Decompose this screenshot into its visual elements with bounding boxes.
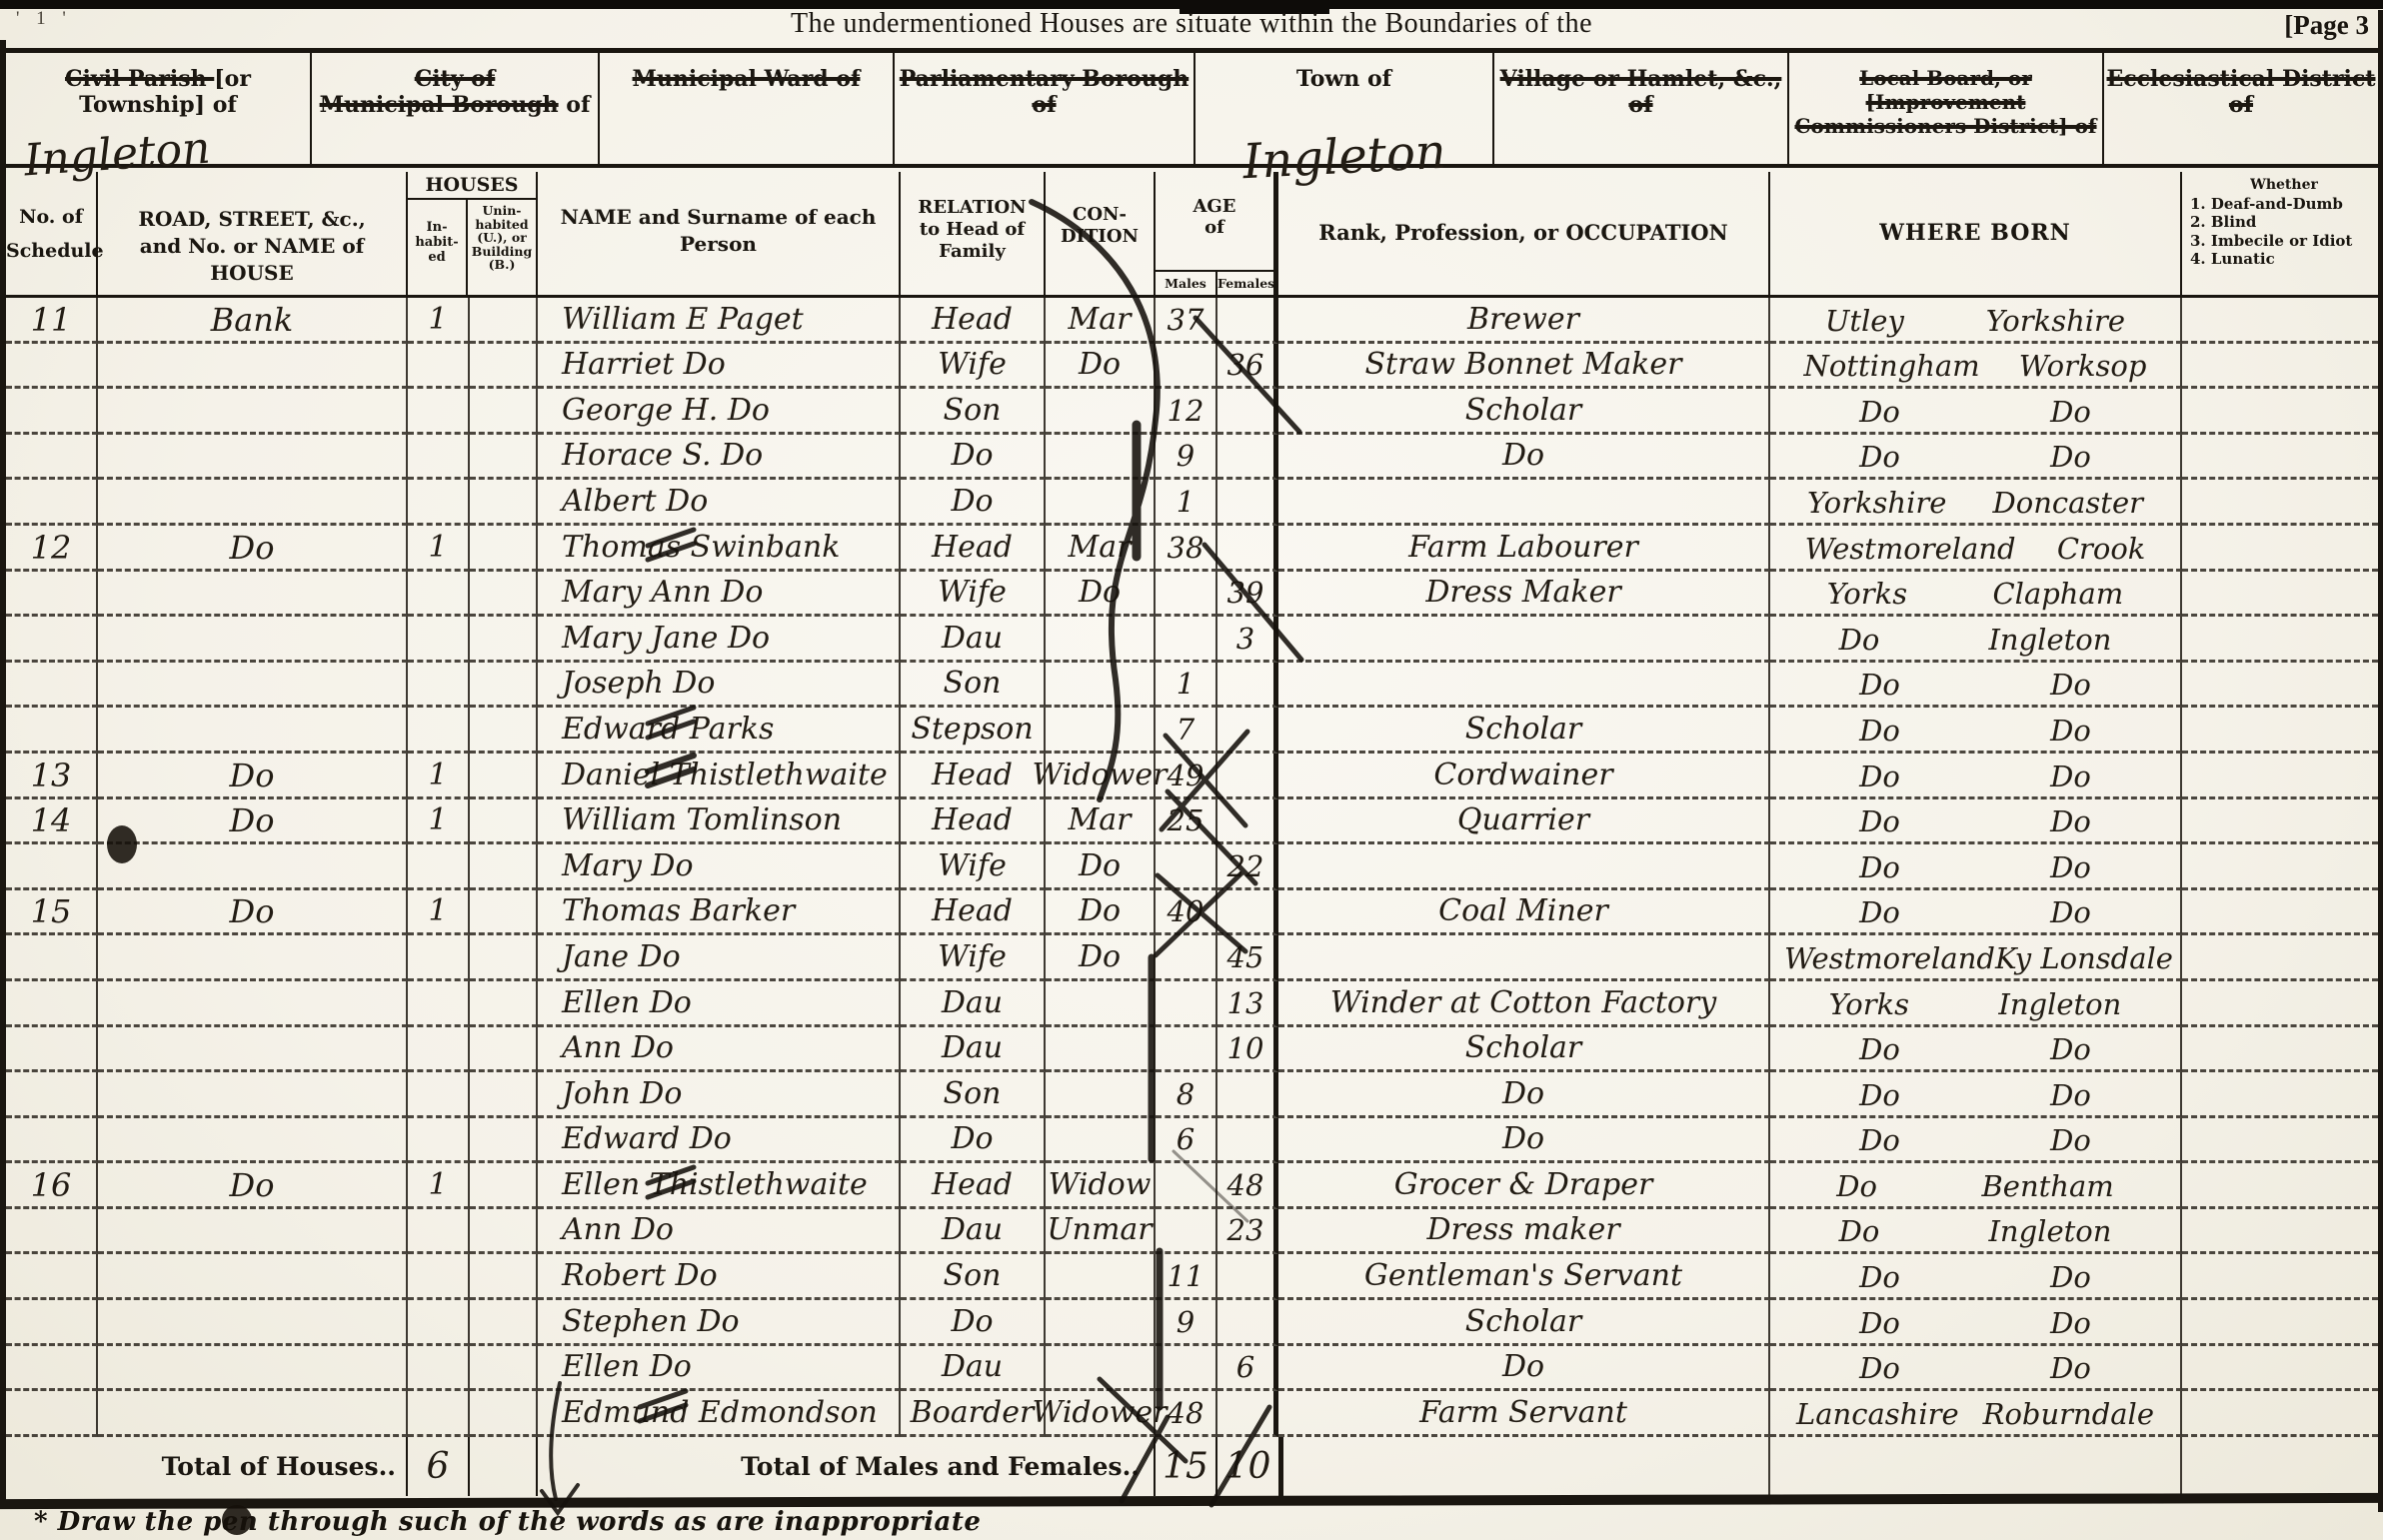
total-houses-value: 6 bbox=[427, 1446, 450, 1487]
cell-name: Mary Jane Do bbox=[538, 617, 901, 663]
cell-relation: Head bbox=[901, 298, 1046, 344]
cell-condition bbox=[1046, 708, 1156, 754]
cell-road bbox=[98, 1209, 408, 1255]
cell-whether bbox=[2182, 1209, 2378, 1255]
born-county: Do bbox=[1859, 1029, 1900, 1069]
table-row: 15Do1Thomas BarkerHeadDo40Coal MinerDoDo bbox=[6, 890, 2378, 936]
cell-age_m: 7 bbox=[1156, 708, 1217, 754]
cell-inhabited bbox=[408, 1072, 470, 1118]
cell-born: DoDo bbox=[1770, 799, 2182, 845]
cell-name: Ann Do bbox=[538, 1027, 901, 1073]
cell-whether bbox=[2182, 526, 2378, 572]
cell-schedule: 11 bbox=[6, 298, 98, 344]
cell-age_f: 45 bbox=[1217, 935, 1278, 981]
right-frame-line bbox=[2378, 10, 2383, 1512]
table-row: Ann DoDau10ScholarDoDo bbox=[6, 1027, 2378, 1073]
total-males-cell: 15 bbox=[1156, 1437, 1217, 1496]
cell-occupation: Farm Servant bbox=[1278, 1391, 1770, 1437]
table-row: Harriet DoWifeDo36Straw Bonnet MakerNott… bbox=[6, 344, 2378, 390]
cell-occupation: Dress maker bbox=[1278, 1209, 1770, 1255]
cell-born: DoDo bbox=[1770, 1072, 2182, 1118]
boundary-cell-5: Town ofIngleton bbox=[1195, 53, 1494, 164]
boundary-cell-7: Local Board, or [ImprovementCommissioner… bbox=[1789, 53, 2104, 164]
table-row: John DoSon8DoDoDo bbox=[6, 1072, 2378, 1118]
page-title: The undermentioned Houses are situate wi… bbox=[0, 8, 2383, 40]
cell-age_f: 13 bbox=[1217, 981, 1278, 1027]
cell-born: DoDo bbox=[1770, 754, 2182, 799]
cell-relation: Stepson bbox=[901, 708, 1046, 754]
cell-inhabited bbox=[408, 1346, 470, 1392]
cell-relation: Head bbox=[901, 526, 1046, 572]
cell-whether bbox=[2182, 1346, 2378, 1392]
cell-name: Joseph Do bbox=[538, 663, 901, 709]
cell-name: William Tomlinson bbox=[538, 799, 901, 845]
cell-age_f bbox=[1217, 480, 1278, 526]
cell-schedule: 16 bbox=[6, 1163, 98, 1209]
cell-age_f bbox=[1217, 526, 1278, 572]
cell-whether bbox=[2182, 344, 2378, 390]
table-row: 12Do1Thomas SwinbankHeadMar38Farm Labour… bbox=[6, 526, 2378, 572]
boundary-cell-4: Parliamentary Borough of bbox=[895, 53, 1195, 164]
cell-condition: Widow bbox=[1046, 1163, 1156, 1209]
cell-condition: Unmar bbox=[1046, 1209, 1156, 1255]
cell-road bbox=[98, 1300, 408, 1346]
born-county: Do bbox=[1859, 1348, 1900, 1388]
total-males-value: 15 bbox=[1163, 1446, 1208, 1487]
cell-age_m bbox=[1156, 1209, 1217, 1255]
cell-born: DoBentham bbox=[1770, 1163, 2182, 1209]
born-county: Do bbox=[1859, 1257, 1900, 1297]
cell-inhabited bbox=[408, 389, 470, 435]
cell-born: WestmorelandCrook bbox=[1770, 526, 2182, 572]
cell-relation: Do bbox=[901, 1118, 1046, 1164]
cell-age_m: 49 bbox=[1156, 754, 1217, 799]
boundary-cell-3: Municipal Ward of bbox=[600, 53, 895, 164]
born-county: Do bbox=[1859, 392, 1900, 432]
cell-relation: Wife bbox=[901, 844, 1046, 890]
cell-name: Harriet Do bbox=[538, 344, 901, 390]
cell-schedule bbox=[6, 1254, 98, 1300]
cell-uninhabited bbox=[470, 480, 538, 526]
table-row: Horace S. DoDo9DoDoDo bbox=[6, 435, 2378, 481]
table-row: Edward DoDo6DoDoDo bbox=[6, 1118, 2378, 1164]
table-row: Mary DoWifeDo22DoDo bbox=[6, 844, 2378, 890]
cell-relation: Son bbox=[901, 663, 1046, 709]
cell-name: Robert Do bbox=[538, 1254, 901, 1300]
born-county: Do bbox=[1839, 1211, 1880, 1251]
cell-age_f: 22 bbox=[1217, 844, 1278, 890]
cell-relation: Do bbox=[901, 480, 1046, 526]
born-county: Yorks bbox=[1829, 984, 1909, 1024]
cell-name: Ellen Do bbox=[538, 981, 901, 1027]
cell-schedule bbox=[6, 1391, 98, 1437]
cell-road: Bank bbox=[98, 298, 408, 344]
cell-condition: Do bbox=[1046, 890, 1156, 936]
cell-age_f: 23 bbox=[1217, 1209, 1278, 1255]
cell-inhabited: 1 bbox=[408, 754, 470, 799]
cell-schedule bbox=[6, 617, 98, 663]
cell-road bbox=[98, 435, 408, 481]
cell-whether bbox=[2182, 935, 2378, 981]
cell-whether bbox=[2182, 435, 2378, 481]
cell-age_m bbox=[1156, 617, 1217, 663]
totals-row: Total of Houses.. 6 Total of Males and F… bbox=[6, 1437, 2378, 1496]
cell-whether bbox=[2182, 890, 2378, 936]
cell-road: Do bbox=[98, 799, 408, 845]
born-place: Do bbox=[2050, 665, 2091, 705]
cell-inhabited bbox=[408, 435, 470, 481]
cell-inhabited bbox=[408, 344, 470, 390]
cell-born: DoDo bbox=[1770, 663, 2182, 709]
cell-born: YorkshireDoncaster bbox=[1770, 480, 2182, 526]
born-county: Utley bbox=[1825, 301, 1904, 341]
cell-age_f: 6 bbox=[1217, 1346, 1278, 1392]
table-row: Mary Ann DoWifeDo39Dress MakerYorksClaph… bbox=[6, 572, 2378, 618]
cell-schedule: 13 bbox=[6, 754, 98, 799]
cell-whether bbox=[2182, 663, 2378, 709]
born-county: Do bbox=[1839, 620, 1880, 660]
cell-occupation: Do bbox=[1278, 1118, 1770, 1164]
cell-condition: Do bbox=[1046, 572, 1156, 618]
born-place: Clapham bbox=[1992, 574, 2123, 614]
cell-condition: Do bbox=[1046, 935, 1156, 981]
cell-uninhabited bbox=[470, 1300, 538, 1346]
cell-inhabited bbox=[408, 663, 470, 709]
cell-age_m bbox=[1156, 1346, 1217, 1392]
cell-schedule bbox=[6, 1209, 98, 1255]
cell-whether bbox=[2182, 617, 2378, 663]
boundary-handwritten-value: Ingleton bbox=[23, 136, 211, 175]
table-row: 16Do1Ellen ThistlethwaiteHeadWidow48Groc… bbox=[6, 1163, 2378, 1209]
cell-age_f bbox=[1217, 298, 1278, 344]
cell-schedule bbox=[6, 572, 98, 618]
cell-condition bbox=[1046, 981, 1156, 1027]
born-place: Do bbox=[2050, 1120, 2091, 1160]
cell-relation: Do bbox=[901, 1300, 1046, 1346]
born-place: Do bbox=[2050, 801, 2091, 841]
cell-age_m bbox=[1156, 844, 1217, 890]
cell-occupation: Coal Miner bbox=[1278, 890, 1770, 936]
cell-relation: Head bbox=[901, 890, 1046, 936]
cell-age_f bbox=[1217, 1072, 1278, 1118]
cell-uninhabited bbox=[470, 1118, 538, 1164]
born-place: Yorkshire bbox=[1986, 301, 2125, 341]
cell-relation: Son bbox=[901, 1072, 1046, 1118]
cell-road bbox=[98, 344, 408, 390]
cell-occupation: Do bbox=[1278, 1346, 1770, 1392]
cell-age_f bbox=[1217, 663, 1278, 709]
born-county: Yorkshire bbox=[1807, 483, 1946, 523]
cell-whether bbox=[2182, 480, 2378, 526]
cell-age_f bbox=[1217, 1118, 1278, 1164]
page-number-label: [Page 3 bbox=[2284, 10, 2369, 41]
cell-born: DoDo bbox=[1770, 1027, 2182, 1073]
cell-schedule: 12 bbox=[6, 526, 98, 572]
cell-schedule bbox=[6, 480, 98, 526]
born-place: Doncaster bbox=[1992, 483, 2142, 523]
cell-name: Horace S. Do bbox=[538, 435, 901, 481]
total-males-females-label: Total of Males and Females.. bbox=[538, 1437, 1156, 1496]
born-place: Do bbox=[2050, 892, 2091, 932]
cell-inhabited bbox=[408, 1027, 470, 1073]
col-header-where-born: WHERE BORN bbox=[1770, 172, 2182, 295]
cell-uninhabited bbox=[470, 435, 538, 481]
cell-age_f bbox=[1217, 1300, 1278, 1346]
cell-name: Jane Do bbox=[538, 935, 901, 981]
born-place: Do bbox=[2050, 711, 2091, 751]
cell-occupation bbox=[1278, 480, 1770, 526]
cell-road bbox=[98, 1391, 408, 1437]
cell-age_f: 48 bbox=[1217, 1163, 1278, 1209]
table-row: Ellen DoDau13Winder at Cotton FactoryYor… bbox=[6, 981, 2378, 1027]
cell-relation: Do bbox=[901, 435, 1046, 481]
table-row: Edward ParksStepson7ScholarDoDo bbox=[6, 708, 2378, 754]
cell-inhabited bbox=[408, 708, 470, 754]
col-header-males: Males bbox=[1156, 272, 1217, 295]
total-houses-cell: 6 bbox=[408, 1437, 470, 1496]
cell-condition: Mar bbox=[1046, 799, 1156, 845]
footnote: * Draw the pen through such of the words… bbox=[34, 1507, 981, 1537]
born-place: Do bbox=[2050, 437, 2091, 477]
cell-occupation bbox=[1278, 935, 1770, 981]
col-header-schedule: No. of Schedule bbox=[6, 172, 98, 295]
cell-name: Daniel Thistlethwaite bbox=[538, 754, 901, 799]
boundary-cell-1: Civil Parish [or Township] ofIngleton bbox=[6, 53, 312, 164]
cell-name: Stephen Do bbox=[538, 1300, 901, 1346]
total-females-value: 10 bbox=[1225, 1446, 1271, 1487]
table-row: Jane DoWifeDo45WestmorelandKy Lonsdale bbox=[6, 935, 2378, 981]
cell-inhabited bbox=[408, 844, 470, 890]
cell-inhabited bbox=[408, 1209, 470, 1255]
cell-relation: Dau bbox=[901, 1209, 1046, 1255]
table-row: Joseph DoSon1DoDo bbox=[6, 663, 2378, 709]
cell-uninhabited bbox=[470, 572, 538, 618]
table-header-row: No. of Schedule ROAD, STREET, &c., and N… bbox=[6, 172, 2378, 298]
cell-age_f bbox=[1217, 389, 1278, 435]
cell-born: DoDo bbox=[1770, 708, 2182, 754]
cell-whether bbox=[2182, 1118, 2378, 1164]
cell-road bbox=[98, 1254, 408, 1300]
cell-condition: Do bbox=[1046, 344, 1156, 390]
born-place: Worksop bbox=[2019, 346, 2147, 386]
cell-age_f: 36 bbox=[1217, 344, 1278, 390]
cell-inhabited bbox=[408, 572, 470, 618]
born-county: Nottingham bbox=[1804, 346, 1980, 386]
cell-road bbox=[98, 480, 408, 526]
cell-condition: Mar bbox=[1046, 526, 1156, 572]
cell-condition bbox=[1046, 480, 1156, 526]
total-houses-label: Total of Houses.. bbox=[6, 1437, 408, 1496]
cell-whether bbox=[2182, 1391, 2378, 1437]
cell-whether bbox=[2182, 1027, 2378, 1073]
cell-uninhabited bbox=[470, 981, 538, 1027]
cell-occupation: Straw Bonnet Maker bbox=[1278, 344, 1770, 390]
cell-born: DoDo bbox=[1770, 1254, 2182, 1300]
cell-born: DoDo bbox=[1770, 1346, 2182, 1392]
cell-schedule bbox=[6, 389, 98, 435]
cell-age_f: 10 bbox=[1217, 1027, 1278, 1073]
col-header-age: AGE of Males Females bbox=[1156, 172, 1278, 295]
cell-condition: Widower bbox=[1046, 754, 1156, 799]
cell-born: DoDo bbox=[1770, 844, 2182, 890]
born-county: Do bbox=[1859, 437, 1900, 477]
cell-age_m: 37 bbox=[1156, 298, 1217, 344]
cell-schedule bbox=[6, 1027, 98, 1073]
cell-age_m: 38 bbox=[1156, 526, 1217, 572]
born-county: Do bbox=[1859, 711, 1900, 751]
cell-schedule bbox=[6, 1118, 98, 1164]
table-row: Robert DoSon11Gentleman's ServantDoDo bbox=[6, 1254, 2378, 1300]
born-place: Do bbox=[2050, 392, 2091, 432]
col-header-name: NAME and Surname of each Person bbox=[538, 172, 901, 295]
cell-name: William E Paget bbox=[538, 298, 901, 344]
cell-age_f bbox=[1217, 1254, 1278, 1300]
cell-uninhabited bbox=[470, 1346, 538, 1392]
born-place: Do bbox=[2050, 1075, 2091, 1115]
cell-condition bbox=[1046, 1118, 1156, 1164]
cell-inhabited bbox=[408, 1300, 470, 1346]
col-header-uninhabited: Unin- habited (U.), or Building (B.) bbox=[468, 200, 536, 295]
cell-born: DoIngleton bbox=[1770, 617, 2182, 663]
cell-born: LancashireRoburndale bbox=[1770, 1391, 2182, 1437]
cell-uninhabited bbox=[470, 526, 538, 572]
cell-road bbox=[98, 1072, 408, 1118]
cell-whether bbox=[2182, 298, 2378, 344]
born-county: Westmoreland bbox=[1784, 938, 1995, 978]
table-row: Ann DoDauUnmar23Dress makerDoIngleton bbox=[6, 1209, 2378, 1255]
cell-age_f bbox=[1217, 799, 1278, 845]
cell-whether bbox=[2182, 1072, 2378, 1118]
born-place: Do bbox=[2050, 757, 2091, 796]
cell-age_m bbox=[1156, 344, 1217, 390]
totals-spacer bbox=[470, 1437, 538, 1496]
table-row: Stephen DoDo9ScholarDoDo bbox=[6, 1300, 2378, 1346]
cell-condition: Mar bbox=[1046, 298, 1156, 344]
cell-whether bbox=[2182, 754, 2378, 799]
cell-condition bbox=[1046, 1346, 1156, 1392]
cell-age_m: 8 bbox=[1156, 1072, 1217, 1118]
born-county: Do bbox=[1836, 1166, 1877, 1206]
table-row: Edmund EdmondsonBoarderWidower48Farm Ser… bbox=[6, 1391, 2378, 1437]
boundary-cell-6: Village or Hamlet, &c., of bbox=[1494, 53, 1789, 164]
cell-born: YorksIngleton bbox=[1770, 981, 2182, 1027]
cell-uninhabited bbox=[470, 1254, 538, 1300]
cell-name: Albert Do bbox=[538, 480, 901, 526]
cell-born: DoDo bbox=[1770, 389, 2182, 435]
cell-age_f bbox=[1217, 754, 1278, 799]
cell-uninhabited bbox=[470, 799, 538, 845]
born-place: Roburndale bbox=[1983, 1394, 2154, 1434]
cell-occupation: Grocer & Draper bbox=[1278, 1163, 1770, 1209]
cell-uninhabited bbox=[470, 1391, 538, 1437]
cell-age_m: 1 bbox=[1156, 480, 1217, 526]
cell-relation: Wife bbox=[901, 935, 1046, 981]
cell-inhabited: 1 bbox=[408, 1163, 470, 1209]
cell-condition: Do bbox=[1046, 844, 1156, 890]
cell-age_m: 40 bbox=[1156, 890, 1217, 936]
cell-relation: Wife bbox=[901, 344, 1046, 390]
born-county: Do bbox=[1859, 1075, 1900, 1115]
cell-whether bbox=[2182, 1254, 2378, 1300]
cell-age_m: 6 bbox=[1156, 1118, 1217, 1164]
born-county: Lancashire bbox=[1796, 1394, 1959, 1434]
cell-relation: Head bbox=[901, 1163, 1046, 1209]
born-county: Do bbox=[1859, 1303, 1900, 1343]
cell-relation: Son bbox=[901, 1254, 1046, 1300]
totals-occupation-cell bbox=[1278, 1437, 1770, 1496]
col-header-houses: HOUSES In- habit- ed Unin- habited (U.),… bbox=[408, 172, 538, 295]
col-header-condition: CON- DITION bbox=[1046, 172, 1156, 295]
cell-condition bbox=[1046, 389, 1156, 435]
cell-whether bbox=[2182, 799, 2378, 845]
col-header-whether-disabilities: Whether 1. Deaf-and-Dumb 2. Blind 3. Imb… bbox=[2182, 172, 2378, 295]
cell-uninhabited bbox=[470, 1163, 538, 1209]
cell-uninhabited bbox=[470, 844, 538, 890]
cell-name: Ann Do bbox=[538, 1209, 901, 1255]
cell-name: Ellen Thistlethwaite bbox=[538, 1163, 901, 1209]
cell-age_f bbox=[1217, 890, 1278, 936]
cell-road bbox=[98, 981, 408, 1027]
cell-occupation: Scholar bbox=[1278, 708, 1770, 754]
cell-condition bbox=[1046, 663, 1156, 709]
cell-uninhabited bbox=[470, 708, 538, 754]
cell-condition: Widower bbox=[1046, 1391, 1156, 1437]
cell-relation: Head bbox=[901, 799, 1046, 845]
cell-occupation bbox=[1278, 617, 1770, 663]
cell-relation: Wife bbox=[901, 572, 1046, 618]
born-place: Ky Lonsdale bbox=[1995, 938, 2173, 978]
cell-schedule bbox=[6, 1072, 98, 1118]
cell-road: Do bbox=[98, 526, 408, 572]
cell-name: George H. Do bbox=[538, 389, 901, 435]
born-county: Do bbox=[1859, 801, 1900, 841]
cell-relation: Boarder bbox=[901, 1391, 1046, 1437]
cell-occupation: Do bbox=[1278, 1072, 1770, 1118]
totals-whether-cell bbox=[2182, 1437, 2378, 1496]
cell-road bbox=[98, 389, 408, 435]
cell-occupation: Farm Labourer bbox=[1278, 526, 1770, 572]
cell-whether bbox=[2182, 1300, 2378, 1346]
born-county: Do bbox=[1859, 1120, 1900, 1160]
born-county: Do bbox=[1859, 757, 1900, 796]
cell-age_m bbox=[1156, 935, 1217, 981]
cell-whether bbox=[2182, 1163, 2378, 1209]
cell-inhabited: 1 bbox=[408, 890, 470, 936]
cell-road: Do bbox=[98, 754, 408, 799]
cell-condition bbox=[1046, 617, 1156, 663]
cell-road bbox=[98, 708, 408, 754]
cell-condition bbox=[1046, 435, 1156, 481]
census-form-page: ' 1 ' The undermentioned Houses are situ… bbox=[0, 0, 2383, 1540]
col-header-relation: RELATION to Head of Family bbox=[901, 172, 1046, 295]
cell-schedule bbox=[6, 1346, 98, 1392]
cell-whether bbox=[2182, 844, 2378, 890]
cell-uninhabited bbox=[470, 344, 538, 390]
title-row: The undermentioned Houses are situate wi… bbox=[0, 8, 2383, 44]
table-row: 13Do1Daniel ThistlethwaiteHeadWidower49C… bbox=[6, 754, 2378, 799]
cell-inhabited bbox=[408, 617, 470, 663]
cell-occupation: Quarrier bbox=[1278, 799, 1770, 845]
cell-road bbox=[98, 663, 408, 709]
col-header-inhabited: In- habit- ed bbox=[408, 200, 468, 295]
cell-whether bbox=[2182, 981, 2378, 1027]
cell-schedule bbox=[6, 435, 98, 481]
cell-uninhabited bbox=[470, 298, 538, 344]
cell-name: Mary Do bbox=[538, 844, 901, 890]
cell-name: Edmund Edmondson bbox=[538, 1391, 901, 1437]
cell-relation: Dau bbox=[901, 1346, 1046, 1392]
cell-age_m: 11 bbox=[1156, 1254, 1217, 1300]
